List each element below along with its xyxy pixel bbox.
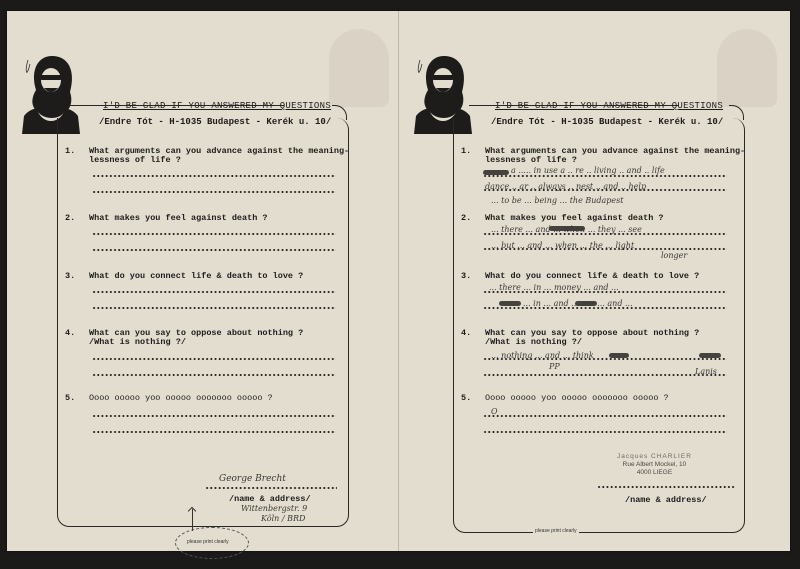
answer-line[interactable]: [92, 307, 336, 309]
form-title: I'D BE GLAD IF YOU ANSWERED MY QUESTIONS: [495, 101, 723, 111]
answer-line[interactable]: [92, 415, 336, 417]
answer-line[interactable]: [92, 233, 336, 235]
handwritten-answer: PP: [549, 362, 560, 371]
answer-line[interactable]: [92, 175, 336, 177]
name-line[interactable]: [205, 487, 337, 489]
handwritten-answer: longer: [661, 251, 687, 260]
answer-line[interactable]: [483, 307, 727, 309]
document-spread: I'D BE GLAD IF YOU ANSWERED MY QUESTIONS…: [7, 11, 790, 551]
address-stamp: Jacques CHARLIER Rue Albert Mockel, 10 4…: [617, 453, 692, 477]
bleed-through-portrait: [717, 29, 777, 107]
answer-line[interactable]: [92, 374, 336, 376]
right-page: I'D BE GLAD IF YOU ANSWERED MY QUESTIONS…: [399, 11, 790, 551]
answer-line[interactable]: [92, 358, 336, 360]
answer-line[interactable]: [483, 415, 727, 417]
form-address: /Endre Tót - H-1035 Budapest - Kerék u. …: [491, 117, 723, 127]
answer-line[interactable]: [483, 291, 727, 293]
name-address-label: /name & address/: [229, 494, 311, 504]
name-line[interactable]: [597, 486, 735, 488]
arrow-icon: [192, 509, 193, 531]
answer-line[interactable]: [483, 431, 727, 433]
form-address: /Endre Tót - H-1035 Budapest - Kerék u. …: [99, 117, 331, 127]
answer-line[interactable]: [483, 175, 727, 177]
answer-line[interactable]: [483, 248, 727, 250]
crossed-out-text: [499, 301, 521, 306]
answer-line[interactable]: [483, 189, 727, 191]
answer-line[interactable]: [92, 431, 336, 433]
signature: George Brecht: [219, 474, 286, 484]
print-clearly-label: please print clearly: [533, 528, 579, 534]
answer-line[interactable]: [483, 374, 727, 376]
form-frame: [57, 118, 349, 527]
handwritten-address-line1: Wittenbergstr. 9: [241, 504, 307, 513]
form-title: I'D BE GLAD IF YOU ANSWERED MY QUESTIONS: [103, 101, 331, 111]
handwritten-answer: a ..... in use a .. re .. living .. and …: [511, 166, 665, 175]
answer-line[interactable]: [483, 233, 727, 235]
bleed-through-portrait: [329, 29, 389, 107]
name-address-label: /name & address/: [625, 495, 707, 505]
print-clearly-label: please print clearly: [185, 539, 231, 545]
answer-line[interactable]: [92, 291, 336, 293]
left-page: I'D BE GLAD IF YOU ANSWERED MY QUESTIONS…: [7, 11, 398, 551]
form-frame: [453, 118, 745, 533]
handwritten-answer: ... to be ... being ... the Budapest: [491, 196, 623, 205]
answer-line[interactable]: [92, 249, 336, 251]
handwritten-address-line2: Köln / BRD: [261, 514, 305, 523]
answer-line[interactable]: [92, 191, 336, 193]
answer-line[interactable]: [483, 358, 727, 360]
